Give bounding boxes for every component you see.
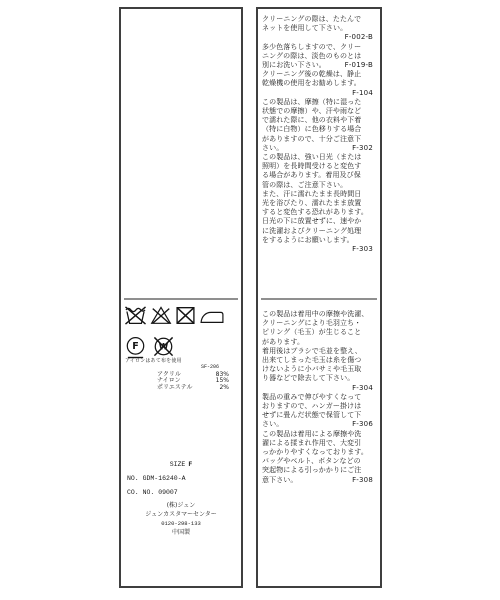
instruction-line: さい。F-302 (262, 144, 373, 153)
phone-number: 0120-298-133 (121, 519, 241, 528)
instruction-line: っかかりやすくなっております。 (262, 448, 373, 457)
do-not-bleach-icon (150, 305, 172, 326)
instruction-line: この製品は、摩擦（特に湿った (262, 98, 373, 107)
instruction-code: F-308 (352, 476, 373, 485)
left-section-divider (124, 298, 238, 300)
instruction-code: F-019-B (345, 61, 373, 70)
right-section-divider (261, 298, 377, 300)
country-of-origin: 中国製 (121, 528, 241, 537)
instruction-line: り器などで除去して下さい。 (262, 374, 373, 383)
material-name: ポリエステル (157, 385, 192, 391)
size-value: F (188, 461, 192, 468)
instruction-line: る場合があります。着用及び保 (262, 171, 373, 180)
instruction-line: に洗濯およびクリーニング処理 (262, 227, 373, 236)
material-percent: 2% (219, 385, 229, 391)
instruction-line: 着用後はブラシで毛並を整え、 (262, 347, 373, 356)
svg-text:F: F (132, 341, 139, 352)
instruction-line: 別にお洗い下さい。F-019-B (262, 61, 373, 70)
instruction-line: ネットを使用して下さい。 (262, 24, 373, 33)
co-number: CO. NO. 09007 (127, 489, 178, 496)
instruction-line: F-304 (262, 384, 373, 393)
composition-table: アクリル83%ナイロン15%ポリエステル2% (157, 372, 229, 391)
customer-center: ジュンカスタマーセンター (121, 510, 241, 519)
iron-note: アイロンはあて布を使用 (125, 357, 182, 364)
instruction-line: 出来てしまった毛玉は糸を傷つ (262, 356, 373, 365)
care-label-scan: { "colors": { "background": "#ffffff", "… (0, 0, 500, 600)
instruction-line: があります。 (262, 338, 373, 347)
instruction-line: おりますので、ハンガー掛けは (262, 402, 373, 411)
care-tag-right-panel: クリーニングの際は、たたんでネットを使用して下さい。F-002-B多少色落ちしま… (256, 7, 382, 588)
company-block: (株)ジュン ジュンカスタマーセンター 0120-298-133 中国製 (121, 501, 241, 537)
instruction-line: F-303 (262, 245, 373, 254)
instruction-line: 日光の下に放置せずに、速やか (262, 217, 373, 226)
instruction-line: この製品は、強い日光（または (262, 153, 373, 162)
sf-code: SF-206 (201, 364, 219, 370)
instruction-line: 突起物による引っかかりにご注 (262, 466, 373, 475)
care-instructions-bottom: この製品は着用中の摩擦や洗濯、クリーニングにより毛羽立ち・ピリング（毛玉）が生じ… (262, 310, 373, 485)
instruction-code: F-306 (352, 420, 373, 429)
instruction-line: せずに畳んだ状態で保管して下 (262, 411, 373, 420)
instruction-line: をするようにお願いします。 (262, 236, 373, 245)
instruction-line: 乾燥機の使用をお勧めします。 (262, 79, 373, 88)
instruction-code: F-303 (352, 245, 373, 254)
care-symbols-row-2: F W (125, 336, 175, 359)
instruction-code: F-302 (352, 144, 373, 153)
instruction-line: 意下さい。F-308 (262, 476, 373, 485)
do-not-tumble-dry-icon (175, 305, 196, 326)
item-number: NO. GDM-16240-A (127, 475, 186, 482)
instruction-code: F-002-B (345, 33, 373, 42)
instruction-line: この製品は着用中の摩擦や洗濯、 (262, 310, 373, 319)
size-line: SIZEF (121, 461, 241, 468)
instruction-code: F-304 (352, 384, 373, 393)
instruction-line: クリーニングにより毛羽立ち・ (262, 319, 373, 328)
care-tag-left-panel: F W アイロンはあて布を使用 SF-206 アクリル83%ナイロン15%ポリエ… (119, 7, 243, 588)
do-not-wet-clean-icon: W (152, 336, 175, 359)
care-symbols-row-1 (124, 305, 225, 326)
dry-clean-petroleum-f-icon: F (125, 336, 146, 359)
instruction-line: けないように小バサミや毛玉取 (262, 365, 373, 374)
instruction-line: すると変色する恐れがあります。 (262, 208, 373, 217)
instruction-line: 製品の重みで伸びやすくなって (262, 393, 373, 402)
instruction-line: 状態での摩擦）や、汗や雨など (262, 107, 373, 116)
composition-row: ポリエステル2% (157, 385, 229, 391)
instruction-line: ニングの際は、淡色のものとは (262, 52, 373, 61)
instruction-code: F-104 (352, 89, 373, 98)
size-label: SIZE (170, 461, 186, 468)
instruction-line: F-002-B (262, 33, 373, 42)
instruction-line: 濯による揉まれ作用で、大変引 (262, 439, 373, 448)
do-not-wash-icon (124, 305, 147, 326)
instruction-line: クリーニング後の乾燥は、静止 (262, 70, 373, 79)
instruction-line: クリーニングの際は、たたんで (262, 15, 373, 24)
instruction-line: 光を浴びたり、濡れたまま放置 (262, 199, 373, 208)
company-name: (株)ジュン (121, 501, 241, 510)
instruction-line: で濡れた際に、他の衣料や下着 (262, 116, 373, 125)
instruction-line: 管の際は、ご注意下さい。 (262, 181, 373, 190)
iron-icon (199, 306, 225, 326)
instruction-line: この製品は着用による摩擦や洗 (262, 430, 373, 439)
instruction-line: （特に白物）に色移りする場合 (262, 125, 373, 134)
instruction-line: さい。F-306 (262, 420, 373, 429)
instruction-line: また、汗に濡れたまま長時間日 (262, 190, 373, 199)
instruction-line: ピリング（毛玉）が生じること (262, 328, 373, 337)
instruction-line: 照明）を長時間受けると変色す (262, 162, 373, 171)
instruction-line: バッグやベルト、ボタンなどの (262, 457, 373, 466)
instruction-line: 多少色落ちしますので、クリー (262, 43, 373, 52)
instruction-line: F-104 (262, 89, 373, 98)
instruction-line: がありますので、十分ご注意下 (262, 135, 373, 144)
care-instructions-top: クリーニングの際は、たたんでネットを使用して下さい。F-002-B多少色落ちしま… (262, 15, 373, 254)
